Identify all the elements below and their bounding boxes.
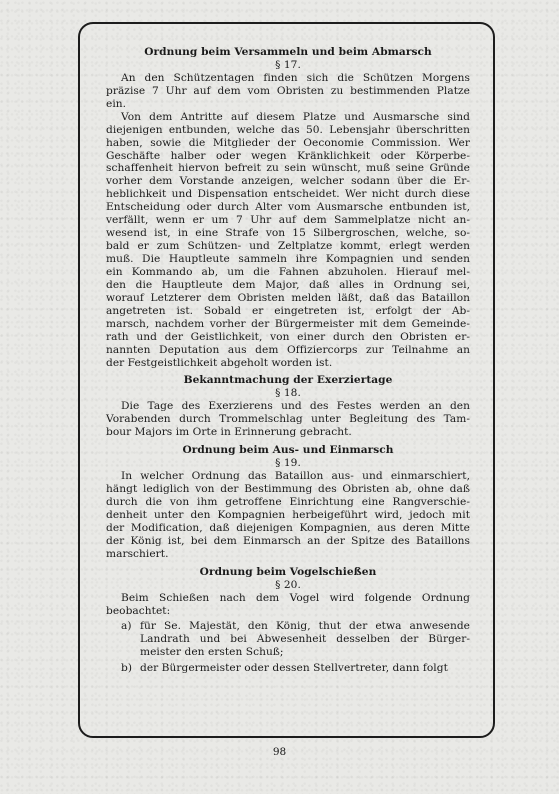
text-line: Entscheidung oder durch Alter vom Ausmar… — [106, 201, 470, 214]
text-line: hängt lediglich von der Bestimmung des O… — [106, 483, 470, 496]
text-line: haben, sowie die Mitglieder der Oeconomi… — [106, 137, 470, 150]
text-line: der Bürgermeister oder dessen Stellvertr… — [140, 662, 470, 675]
text-line: schaffenheit hiervon befreit zu sein wün… — [106, 162, 470, 175]
text-line: marsch, nachdem vorher der Bürgermeister… — [106, 318, 470, 331]
section: Ordnung beim Aus- und Einmarsch§ 19.In w… — [106, 444, 470, 560]
text-line: Die Tage des Exerzierens und des Festes … — [106, 400, 470, 413]
paragraph: An den Schützentagen finden sich die Sch… — [106, 72, 470, 111]
paragraph: Die Tage des Exerzierens und des Festes … — [106, 400, 470, 439]
text-line: Von dem Antritte auf diesem Platze und A… — [106, 111, 470, 124]
section: Bekanntmachung der Exerziertage§ 18.Die … — [106, 374, 470, 439]
paragraph-number: § 20. — [106, 579, 470, 592]
section-heading: Ordnung beim Vogelschießen — [106, 566, 470, 579]
text-line: An den Schützentagen finden sich die Sch… — [106, 72, 470, 85]
text-line: bald er zum Schützen- und Zeltplatze kom… — [106, 240, 470, 253]
text-line: der König ist, bei dem Einmarsch an der … — [106, 535, 470, 548]
list-item-label: a) — [121, 620, 132, 633]
text-line: verfällt, wenn er um 7 Uhr auf dem Samme… — [106, 214, 470, 227]
text-line: meister den ersten Schuß; — [140, 646, 470, 659]
text-line: Landrath und bei Abwesenheit desselben d… — [140, 633, 470, 646]
section: Ordnung beim Vogelschießen§ 20.Beim Schi… — [106, 566, 470, 676]
paragraph-number: § 19. — [106, 457, 470, 470]
text-line: durch die von ihm getroffene Einrichtung… — [106, 496, 470, 509]
text-line: diejenigen entbunden, welche das 50. Leb… — [106, 124, 470, 137]
text-line: der Modification, daß diejenigen Kompagn… — [106, 522, 470, 535]
page-content: Ordnung beim Versammeln und beim Abmarsc… — [106, 46, 470, 675]
text-line: rath und der Geistlichkeit, von einer du… — [106, 331, 470, 344]
section-heading: Ordnung beim Aus- und Einmarsch — [106, 444, 470, 457]
text-line: Geschäfte halber oder wegen Kränklichkei… — [106, 150, 470, 163]
section: Ordnung beim Versammeln und beim Abmarsc… — [106, 46, 470, 369]
text-line: nannten Deputation aus dem Offiziercorps… — [106, 344, 470, 357]
text-line: ein. — [106, 98, 470, 111]
paragraph-number: § 17. — [106, 59, 470, 72]
text-line: ein Kommando ab, um die Fahnen abzuholen… — [106, 266, 470, 279]
scanned-page: Ordnung beim Versammeln und beim Abmarsc… — [0, 0, 559, 794]
page-number: 98 — [0, 746, 559, 758]
section-heading: Bekanntmachung der Exerziertage — [106, 374, 470, 387]
text-line: muß. Die Hauptleute sammeln ihre Kompagn… — [106, 253, 470, 266]
text-line: den die Hauptleute dem Major, daß alles … — [106, 279, 470, 292]
paragraph-number: § 18. — [106, 387, 470, 400]
list-item: a)für Se. Majestät, den König, thut der … — [106, 620, 470, 659]
list-item: b)der Bürgermeister oder dessen Stellver… — [106, 662, 470, 675]
text-line: angetreten ist. Sobald er eingetreten is… — [106, 305, 470, 318]
text-line: bour Majors im Orte in Erinnerung gebrac… — [106, 426, 470, 439]
text-line: worauf Letzterer dem Obristen melden läß… — [106, 292, 470, 305]
section-heading: Ordnung beim Versammeln und beim Abmarsc… — [106, 46, 470, 59]
text-line: präzise 7 Uhr auf dem vom Obristen zu be… — [106, 85, 470, 98]
text-line: marschiert. — [106, 548, 470, 561]
paragraph: In welcher Ordnung das Bataillon aus- un… — [106, 470, 470, 561]
text-line: heblichkeit und Dispensation entscheidet… — [106, 188, 470, 201]
text-line: In welcher Ordnung das Bataillon aus- un… — [106, 470, 470, 483]
text-line: Beim Schießen nach dem Vogel wird folgen… — [106, 592, 470, 605]
text-line: vorher dem Vorstande anzeigen, welcher s… — [106, 175, 470, 188]
text-line: denheit unter den Kompagnien herbeigefüh… — [106, 509, 470, 522]
text-line: wesend ist, in eine Strafe von 15 Silber… — [106, 227, 470, 240]
paragraph: Von dem Antritte auf diesem Platze und A… — [106, 111, 470, 370]
paragraph: Beim Schießen nach dem Vogel wird folgen… — [106, 592, 470, 618]
text-line: der Festgeistlichkeit abgeholt worden is… — [106, 357, 470, 370]
text-line: beobachtet: — [106, 605, 470, 618]
list-item-label: b) — [121, 662, 132, 675]
text-line: Vorabenden durch Trommelschlag unter Beg… — [106, 413, 470, 426]
text-line: für Se. Majestät, den König, thut der et… — [140, 620, 470, 633]
